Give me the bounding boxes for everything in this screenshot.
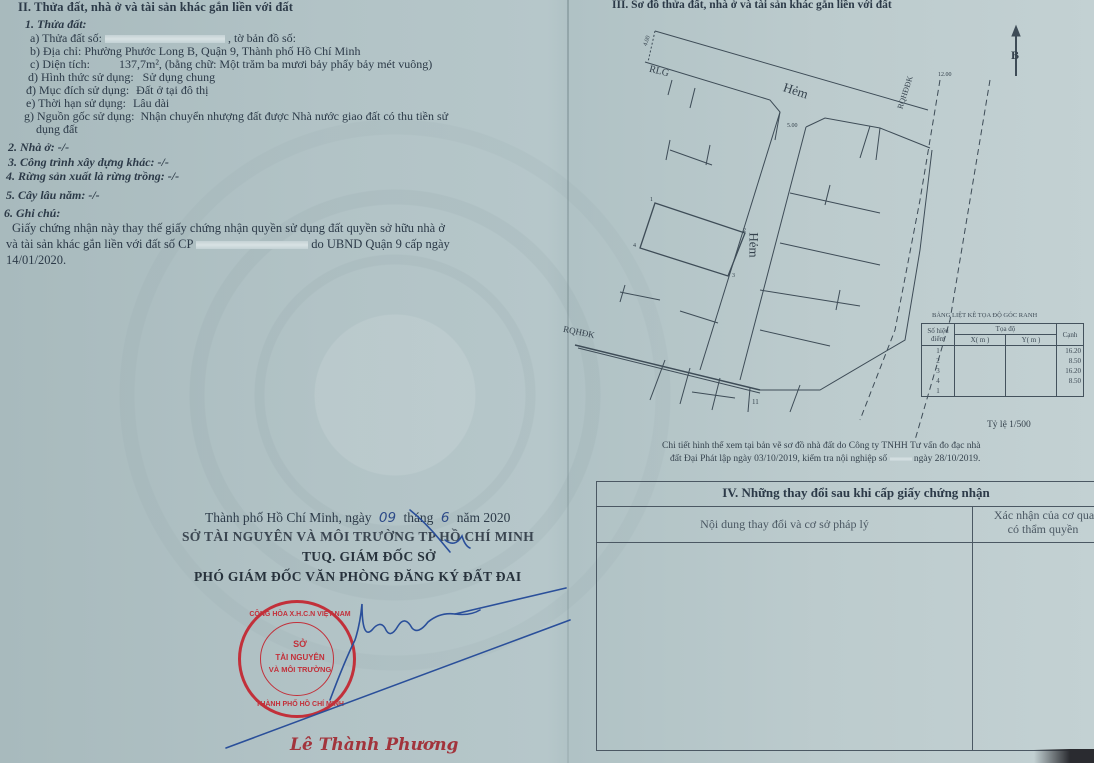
coord-table-title: BẢNG LIỆT KÊ TỌA ĐỘ GÓC RANH: [932, 312, 1037, 319]
map-scale: Tỷ lệ 1/500: [987, 420, 1031, 430]
table-row: 1 16.20: [922, 346, 1084, 357]
label-dim-11: 11: [752, 398, 759, 406]
label-dim-5: 5.00: [787, 123, 798, 129]
changes-table: IV. Những thay đổi sau khi cấp giấy chứn…: [596, 481, 1094, 751]
label-dim-12: 12.00: [938, 72, 952, 78]
col-confirm-header-1: Xác nhận của cơ quan: [977, 508, 1094, 523]
changes-content-column: [597, 506, 973, 750]
label-point-3: 3: [732, 273, 735, 279]
changes-title: IV. Những thay đổi sau khi cấp giấy chứn…: [597, 482, 1094, 507]
label-point-2: 2: [743, 228, 746, 234]
north-label: B: [1011, 48, 1019, 63]
label-alley-vertical: Hẻm: [746, 232, 762, 257]
map-credit-line-1: Chi tiết hình thể xem tại bản vẽ sơ đồ n…: [662, 441, 981, 451]
col-content-header: Nội dung thay đổi và cơ sở pháp lý: [597, 517, 972, 532]
coord-table: Số hiệu điểm Tọa độ Cạnh X( m ) Y( m ) 1…: [921, 323, 1084, 397]
label-point-1: 1: [650, 197, 653, 203]
label-point-4: 4: [633, 243, 636, 249]
background-edge: [1034, 749, 1094, 763]
redacted-check-number: [890, 457, 912, 461]
map-credit-line-2: đất Đại Phát lập ngày 03/10/2019, kiểm t…: [670, 454, 980, 464]
col-confirm-header-2: có thẩm quyền: [973, 522, 1094, 537]
